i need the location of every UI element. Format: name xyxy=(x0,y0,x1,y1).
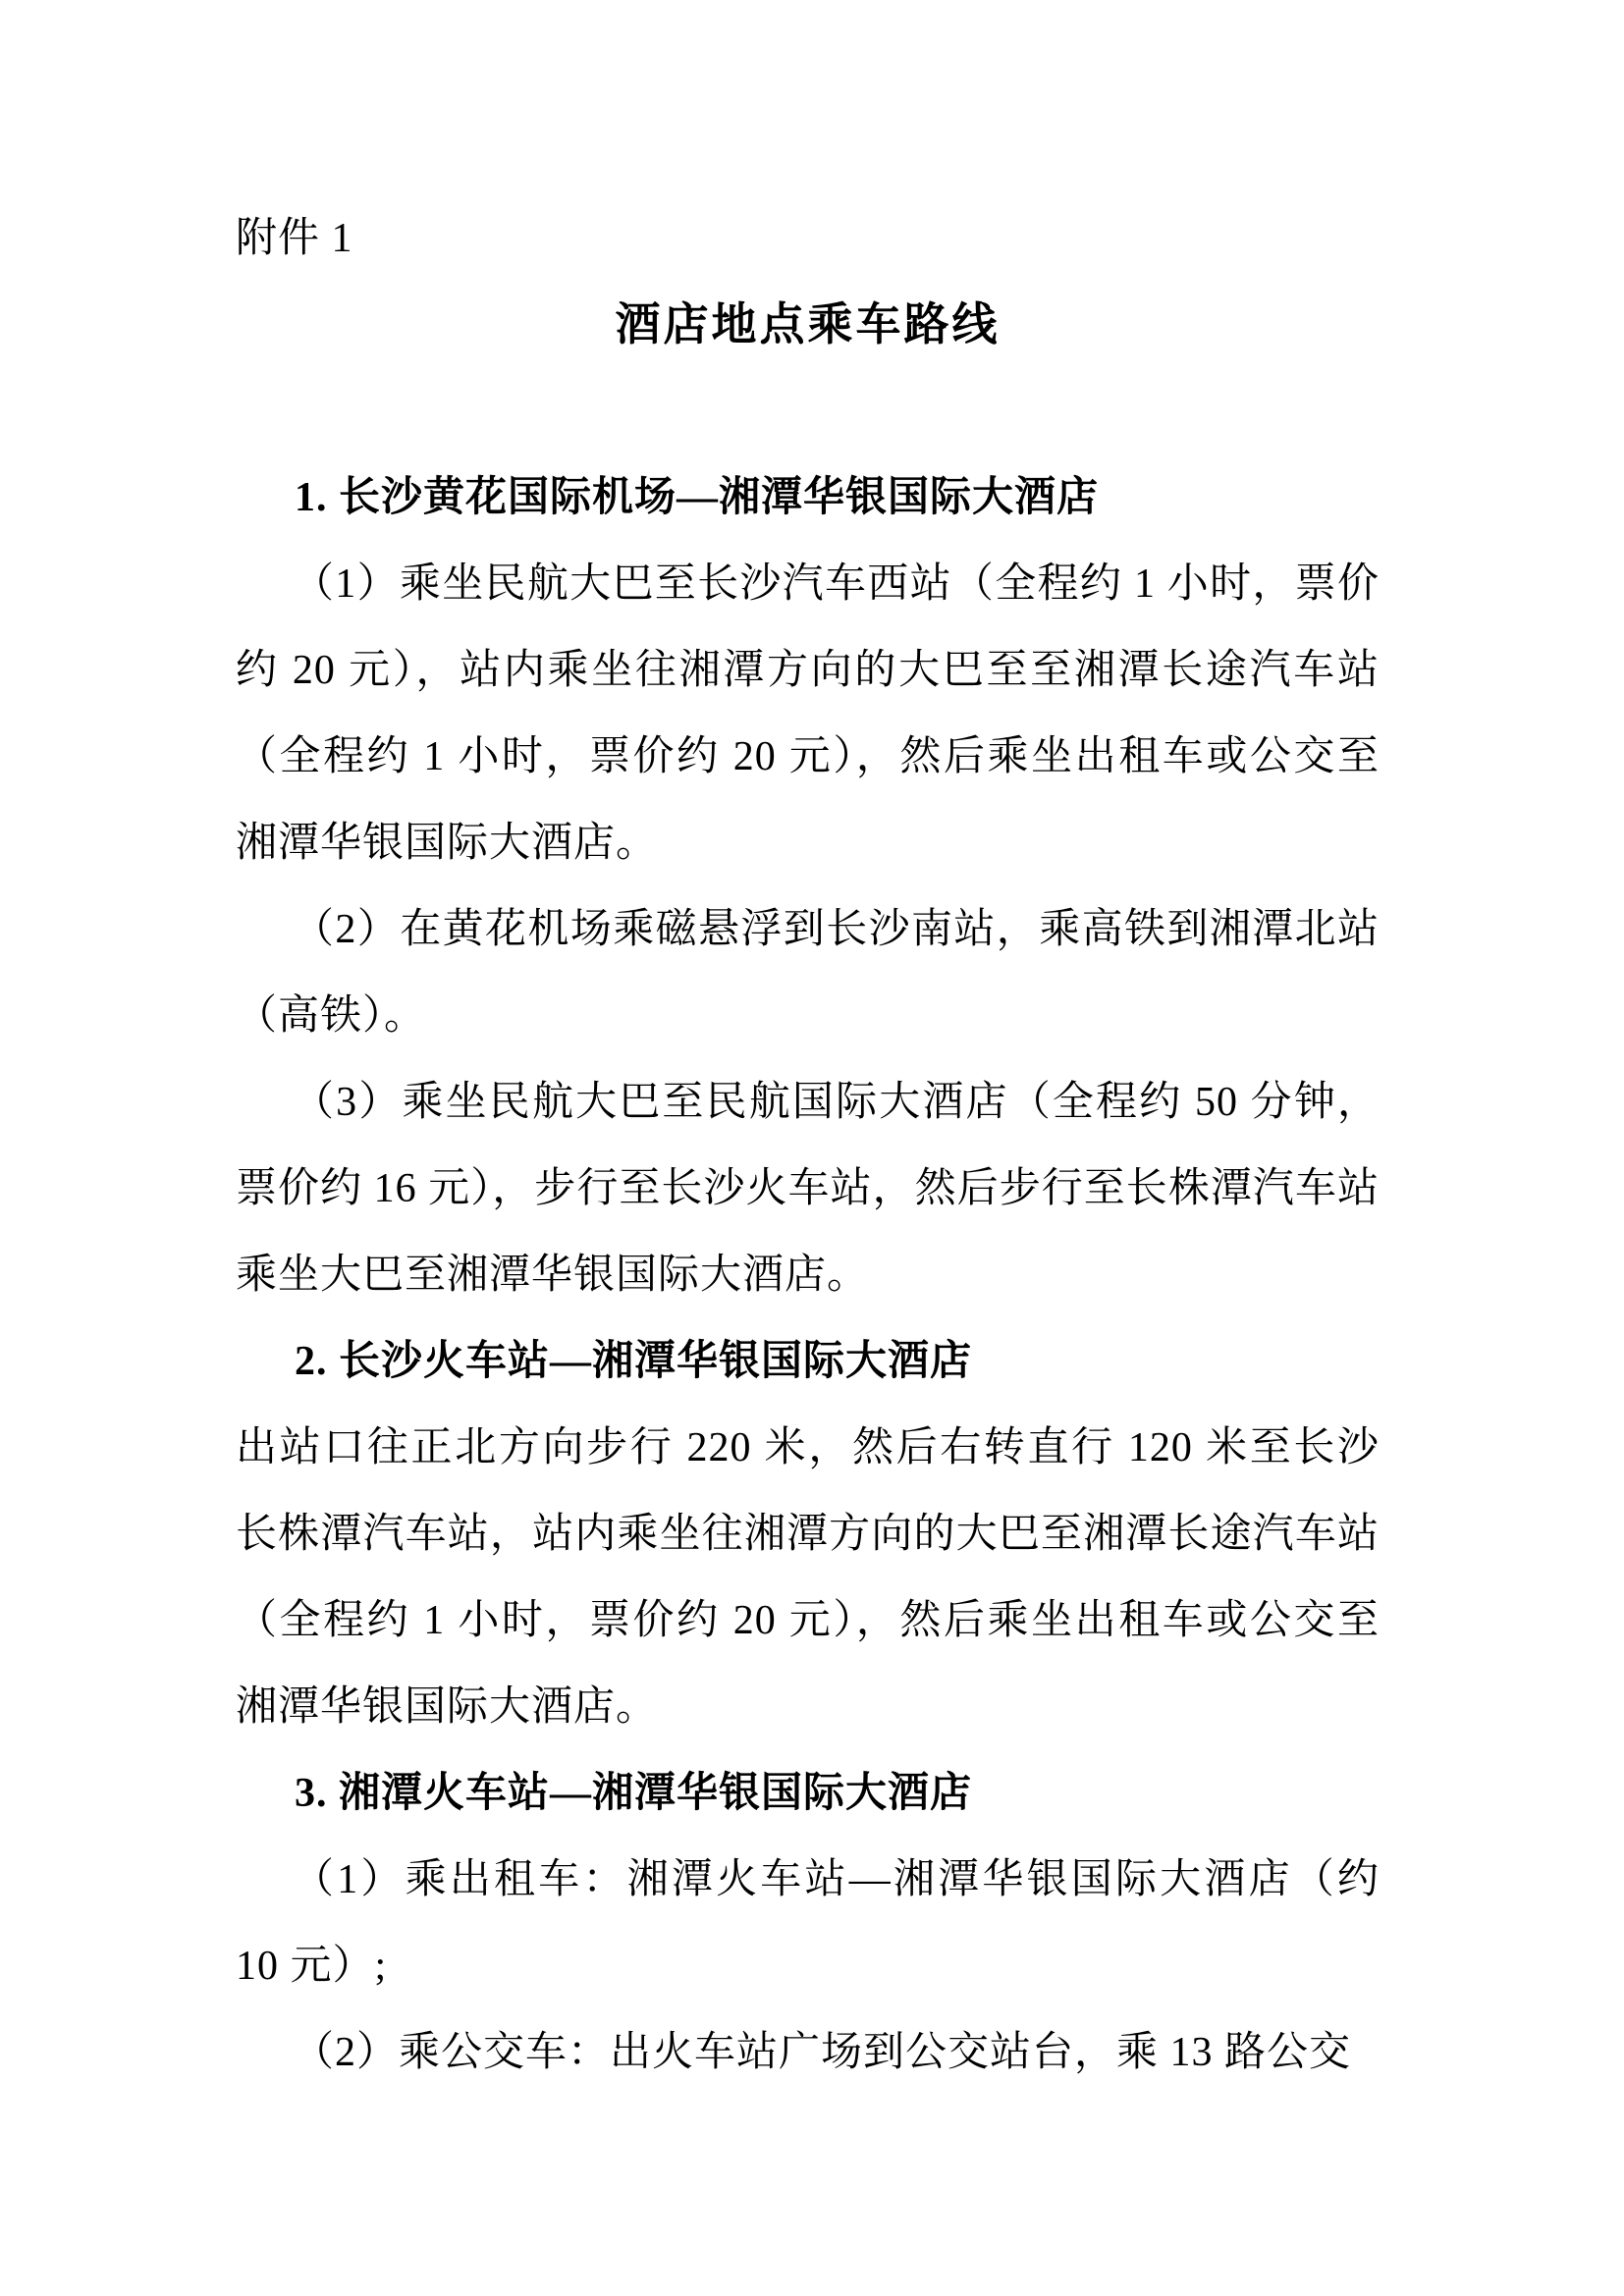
document-page: 附件 1 酒店地点乘车路线 1. 长沙黄花国际机场—湘潭华银国际大酒店 （1）乘… xyxy=(0,0,1624,2296)
attachment-label: 附件 1 xyxy=(236,195,1380,282)
section-3-paragraph-1: （1）乘出租车：湘潭火车站—湘潭华银国际大酒店（约 10 元）; xyxy=(236,1837,1380,2009)
section-heading-3: 3. 湘潭火车站—湘潭华银国际大酒店 xyxy=(295,1750,1380,1837)
section-1-paragraph-2: （2）在黄花机场乘磁悬浮到长沙南站，乘高铁到湘潭北站（高铁）。 xyxy=(236,886,1380,1059)
section-heading-1: 1. 长沙黄花国际机场—湘潭华银国际大酒店 xyxy=(295,454,1380,541)
section-3-paragraph-2: （2）乘公交车：出火车站广场到公交站台，乘 13 路公交 xyxy=(236,2009,1380,2096)
section-1-paragraph-1: （1）乘坐民航大巴至长沙汽车西站（全程约 1 小时，票价约 20 元），站内乘坐… xyxy=(236,541,1380,886)
section-1-paragraph-3: （3）乘坐民航大巴至民航国际大酒店（全程约 50 分钟，票价约 16 元），步行… xyxy=(236,1059,1380,1318)
section-heading-2: 2. 长沙火车站—湘潭华银国际大酒店 xyxy=(295,1318,1380,1405)
section-2-paragraph-1: 出站口往正北方向步行 220 米，然后右转直行 120 米至长沙长株潭汽车站，站… xyxy=(236,1405,1380,1750)
document-title: 酒店地点乘车路线 xyxy=(236,282,1380,368)
